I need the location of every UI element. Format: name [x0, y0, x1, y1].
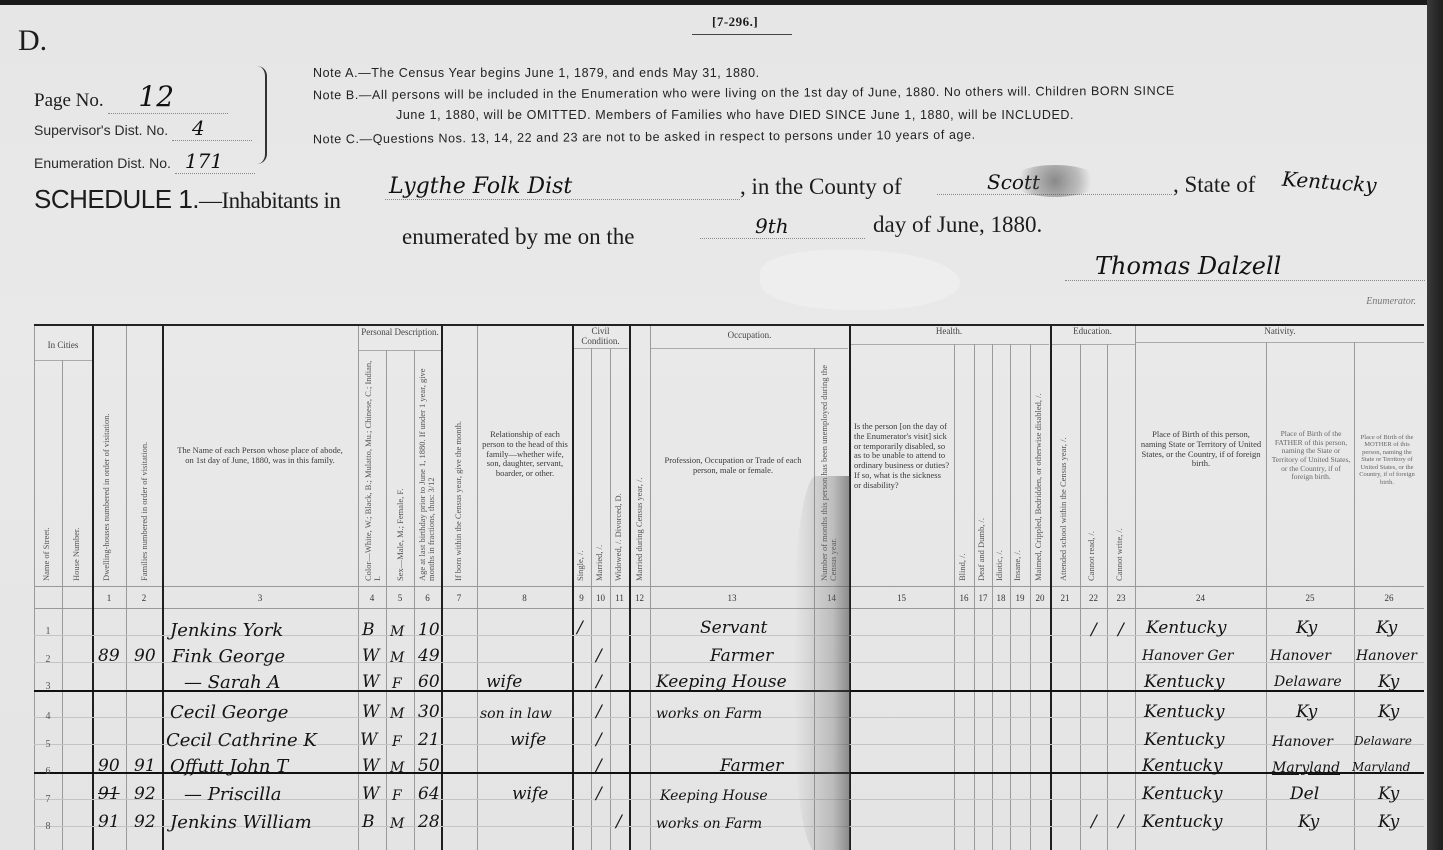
married-mark: /: [596, 756, 602, 776]
relationship: wife: [486, 672, 522, 692]
group-education: Education.: [1050, 326, 1135, 336]
married-mark: /: [596, 730, 602, 750]
ink-stain: [1010, 165, 1100, 197]
line-number: 4: [42, 711, 54, 722]
header-col-23: Cannot write, /.: [1115, 506, 1124, 581]
form-number: [7-296.]: [712, 14, 758, 30]
color: W: [362, 702, 379, 722]
col-num-15: 15: [849, 593, 954, 603]
person-name: Jenkins York: [170, 620, 283, 641]
mother-birthplace: Ky: [1378, 702, 1399, 722]
line-number: 2: [42, 654, 54, 665]
note-c: Note C.—Questions Nos. 13, 14, 22 and 23…: [313, 128, 976, 147]
census-page: D. [7-296.] Page No. 12 Supervisor's Dis…: [0, 0, 1428, 850]
relationship: wife: [512, 784, 548, 804]
line-number: 3: [42, 681, 54, 692]
census-table: In Cities Personal Description. Civil Co…: [34, 324, 1424, 850]
form-number-rule: [692, 34, 792, 35]
header-col-21: Attended school within the Census year, …: [1059, 386, 1068, 581]
col-num-1: 1: [92, 593, 126, 603]
header-street: Name of Street.: [42, 476, 51, 581]
col-num-20: 20: [1030, 593, 1050, 603]
col-num-5: 5: [386, 593, 414, 603]
header-col-16: Blind, /.: [958, 536, 967, 581]
father-birthplace: Maryland: [1272, 760, 1340, 776]
father-birthplace: Del: [1290, 784, 1319, 804]
inhabitants-label: —Inhabitants in: [199, 188, 340, 213]
enumerated-label: enumerated by me on the: [402, 224, 634, 250]
page-no-label: Page No.: [34, 90, 104, 111]
birthplace: Kentucky: [1142, 812, 1222, 832]
person-name: Jenkins William: [170, 812, 312, 833]
color: W: [362, 646, 379, 666]
person-name: Offutt John T: [170, 756, 288, 777]
occupation: works on Farm: [656, 706, 762, 722]
header-col-20: Maimed, Crippled, Bedridden, or otherwis…: [1034, 346, 1043, 581]
birthplace: Kentucky: [1144, 730, 1224, 750]
header-col-9: Single, /.: [576, 496, 585, 581]
col-num-4: 4: [358, 593, 386, 603]
enumeration-dist-label: Enumeration Dist. No.: [34, 155, 171, 171]
header-col-13: Profession, Occupation or Trade of each …: [658, 456, 808, 476]
occupation: Farmer: [720, 756, 783, 776]
col-num-9: 9: [572, 593, 591, 603]
father-birthplace: Ky: [1296, 702, 1317, 722]
enumerator-tag: Enumerator.: [1366, 296, 1416, 307]
enumeration-dist-value: 171: [175, 149, 255, 174]
cannot-read-mark: /: [1091, 620, 1097, 640]
person-name: Fink George: [172, 646, 285, 667]
col-num-12: 12: [629, 593, 650, 603]
sex: M: [390, 816, 404, 832]
widowed-mark: /: [616, 812, 622, 832]
dwelling-number: 91: [98, 784, 120, 804]
married-mark: /: [596, 784, 602, 804]
header-house-number: House Number.: [72, 476, 81, 581]
family-number: 90: [134, 646, 156, 666]
father-birthplace: Delaware: [1274, 674, 1342, 690]
person-name: Cecil George: [170, 702, 288, 723]
age: 50: [418, 756, 440, 776]
header-col-19: Insane, /.: [1013, 531, 1022, 581]
mother-birthplace: Ky: [1378, 812, 1399, 832]
birthplace: Kentucky: [1142, 756, 1222, 776]
birthplace: Kentucky: [1144, 672, 1224, 692]
note-b-line2: June 1, 1880, will be OMITTED. Members o…: [396, 108, 1074, 122]
state-label: , State of: [1173, 172, 1255, 198]
scan-top-edge: [0, 0, 1443, 5]
header-col-1: Dwelling-houses numbered in order of vis…: [102, 366, 111, 581]
person-name: — Priscilla: [184, 784, 282, 805]
scan-right-edge: [1427, 0, 1443, 850]
header-col-8: Relationship of each person to the head …: [482, 430, 568, 479]
header-col-25: Place of Birth of the FATHER of this per…: [1270, 430, 1352, 482]
col-num-18: 18: [992, 593, 1010, 603]
day-suffix: day of June, 1880.: [873, 212, 1042, 238]
header-col-10: Married, /.: [595, 496, 604, 581]
header-col-5: Sex—Male, M.; Female, F.: [396, 356, 405, 581]
person-name: — Sarah A: [184, 672, 280, 693]
relationship: wife: [510, 730, 546, 750]
water-stain: [760, 250, 960, 310]
group-health: Health.: [849, 326, 1049, 336]
col-num-10: 10: [591, 593, 610, 603]
col-num-16: 16: [954, 593, 974, 603]
col-num-11: 11: [610, 593, 629, 603]
age: 21: [418, 730, 440, 750]
family-number: 92: [134, 812, 156, 832]
page-no-value: 12: [108, 80, 228, 114]
col-num-13: 13: [650, 593, 814, 603]
cannot-read-mark: /: [1091, 812, 1097, 832]
col-num-19: 19: [1010, 593, 1030, 603]
group-in-cities: In Cities: [34, 340, 92, 350]
birthplace: Kentucky: [1142, 784, 1222, 804]
age: 28: [418, 812, 440, 832]
day-value: 9th: [700, 214, 865, 239]
mother-birthplace: Ky: [1378, 672, 1399, 692]
note-b-line1: Note B.—All persons will be included in …: [313, 84, 1175, 103]
family-number: 92: [134, 784, 156, 804]
occupation: works on Farm: [656, 816, 762, 832]
mother-birthplace: Delaware: [1354, 734, 1412, 748]
color: W: [362, 672, 379, 692]
sex: M: [390, 650, 404, 666]
sex: F: [392, 734, 402, 750]
birthplace: Hanover Ger: [1142, 648, 1234, 664]
sex: M: [390, 706, 404, 722]
header-col-26: Place of Birth of the MOTHER of this per…: [1356, 434, 1418, 486]
header-col-2: Families numbered in order of visitation…: [140, 366, 149, 581]
dwelling-number: 91: [98, 812, 120, 832]
age: 30: [418, 702, 440, 722]
water-stain-column: [794, 476, 850, 850]
relationship: son in law: [480, 706, 552, 722]
occupation: Farmer: [710, 646, 773, 666]
line-number: 1: [42, 626, 54, 637]
note-a: Note A.—The Census Year begins June 1, 1…: [313, 66, 760, 80]
line-number: 5: [42, 739, 54, 750]
age: 64: [418, 784, 440, 804]
age: 49: [418, 646, 440, 666]
father-birthplace: Hanover: [1270, 648, 1331, 664]
header-col-18: Idiotic, /.: [995, 531, 1004, 581]
enumeration-dist: Enumeration Dist. No. 171: [34, 149, 255, 174]
col-num-22: 22: [1080, 593, 1107, 603]
mother-birthplace: Maryland: [1352, 760, 1410, 774]
supervisor-dist-value: 4: [172, 116, 252, 141]
col-num-17: 17: [974, 593, 992, 603]
col-num-8: 8: [477, 593, 572, 603]
group-personal-description: Personal Description.: [359, 328, 441, 338]
birthplace: Kentucky: [1144, 702, 1224, 722]
col-num-6: 6: [414, 593, 441, 603]
family-number: 91: [134, 756, 156, 776]
cannot-write-mark: /: [1118, 812, 1124, 832]
county-label: , in the County of: [740, 174, 902, 200]
mother-birthplace: Ky: [1378, 784, 1399, 804]
age: 10: [418, 620, 440, 640]
sex: M: [390, 624, 404, 640]
occupation: Servant: [700, 618, 767, 638]
father-birthplace: Ky: [1298, 812, 1319, 832]
mother-birthplace: Hanover: [1356, 648, 1417, 664]
header-col-3: The Name of each Person whose place of a…: [174, 446, 346, 466]
person-name: Cecil Cathrine K: [166, 730, 317, 751]
header-col-15: Is the person [on the day of the Enumera…: [854, 422, 950, 490]
sex: F: [392, 788, 402, 804]
line-number: 7: [42, 794, 54, 805]
header-col-11: Widowed, /. Divorced, D.: [614, 446, 623, 581]
age: 60: [418, 672, 440, 692]
sex: M: [390, 760, 404, 776]
married-mark: /: [596, 646, 602, 666]
header-col-24: Place of Birth of this person, naming St…: [1140, 430, 1262, 469]
father-birthplace: Hanover: [1272, 734, 1333, 750]
married-mark: /: [596, 672, 602, 692]
header-col-4: Color—White, W.; Black, B.; Mulatto, Mu.…: [364, 356, 384, 581]
occupation: Keeping House: [660, 788, 768, 804]
supervisor-dist: Supervisor's Dist. No. 4: [34, 116, 252, 141]
header-col-6: Age at last birthday prior to June 1, 18…: [418, 356, 438, 581]
corner-letter: D.: [18, 24, 47, 58]
color: B: [362, 812, 375, 832]
col-num-3: 3: [162, 593, 358, 603]
col-num-2: 2: [126, 593, 162, 603]
col-num-24: 24: [1135, 593, 1266, 603]
header-col-7: If born within the Census year, give the…: [454, 356, 463, 581]
dwelling-number: 90: [98, 756, 120, 776]
header-col-17: Deaf and Dumb, /.: [977, 496, 986, 581]
dwelling-number: 89: [98, 646, 120, 666]
col-num-25: 25: [1266, 593, 1354, 603]
birthplace: Kentucky: [1146, 618, 1226, 638]
color: W: [362, 756, 379, 776]
sex: F: [392, 676, 402, 692]
schedule-label: SCHEDULE 1.: [34, 184, 199, 214]
col-num-21: 21: [1050, 593, 1080, 603]
color: W: [362, 784, 379, 804]
single-mark: /: [577, 618, 583, 638]
col-num-7: 7: [441, 593, 477, 603]
group-occupation: Occupation.: [651, 330, 848, 340]
supervisor-dist-label: Supervisor's Dist. No.: [34, 122, 168, 138]
inhabitants-value: Lygthe Folk Dist: [385, 174, 740, 200]
mother-birthplace: Ky: [1376, 618, 1397, 638]
col-num-23: 23: [1107, 593, 1135, 603]
enumerator-signature: Thomas Dalzell: [1065, 252, 1425, 281]
state-value: Kentucky: [1281, 167, 1377, 198]
col-num-26: 26: [1354, 593, 1424, 603]
father-birthplace: Ky: [1296, 618, 1317, 638]
group-nativity: Nativity.: [1136, 326, 1424, 336]
meta-brace: [255, 66, 267, 164]
schedule-title: SCHEDULE 1.—Inhabitants in: [34, 184, 340, 215]
page-no: Page No. 12: [34, 80, 228, 114]
married-mark: /: [596, 702, 602, 722]
cannot-write-mark: /: [1118, 620, 1124, 640]
color: W: [360, 730, 377, 750]
header-col-22: Cannot read, /.: [1087, 506, 1096, 581]
header-col-12: Married during Census year, /.: [635, 436, 644, 581]
line-number: 8: [42, 821, 54, 832]
color: B: [362, 620, 375, 640]
occupation: Keeping House: [656, 672, 787, 692]
line-number: 6: [42, 766, 54, 777]
group-civil-condition: Civil Condition.: [572, 327, 629, 347]
